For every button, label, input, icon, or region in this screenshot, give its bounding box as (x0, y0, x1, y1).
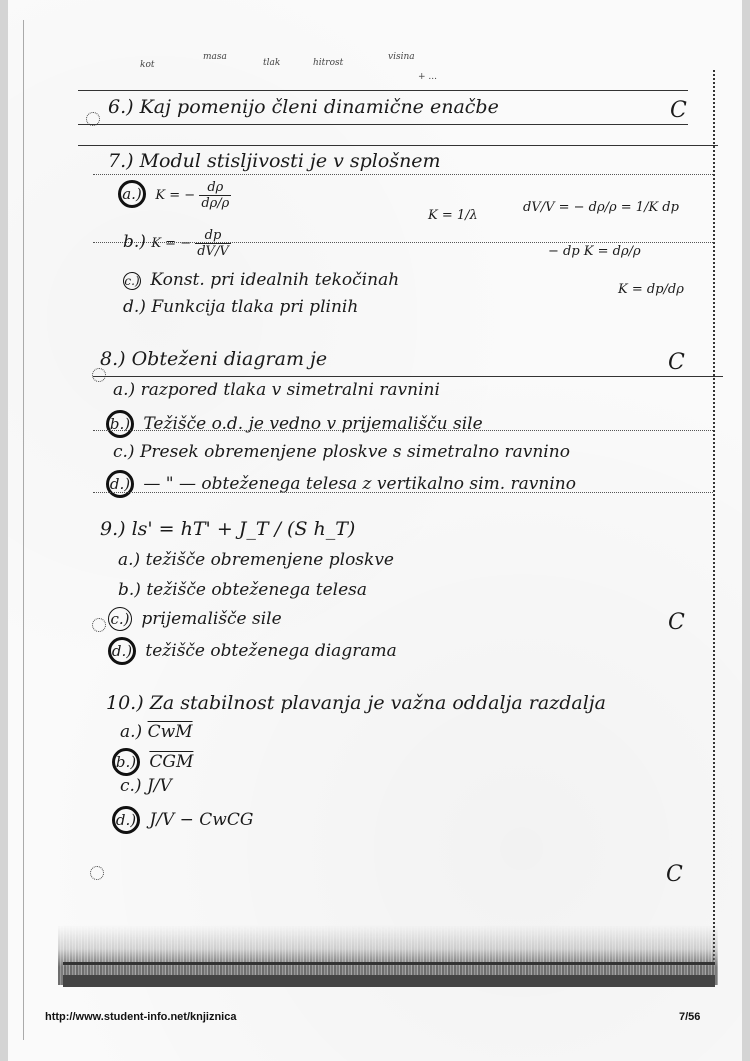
margin-line (713, 70, 715, 960)
question-text: Kaj pomenijo členi dinamične enačbe (140, 96, 499, 118)
stamp-mark (92, 368, 106, 382)
rule-line (93, 174, 713, 175)
side-note: − dp K = dρ/ρ (548, 244, 641, 259)
option-8a: a.) razpored tlaka v simetralni ravnini (113, 380, 440, 400)
option-7b: b.) K = − dpdV/V (123, 228, 231, 259)
option-7d: d.) Funkcija tlaka pri plinih (123, 297, 358, 317)
option-9c: c.) prijemališče sile (108, 607, 282, 631)
grade-mark: C (670, 98, 687, 123)
rule-line (78, 124, 688, 125)
annotation: visina (388, 52, 415, 62)
annotation: tlak (263, 58, 280, 68)
stamp-mark (92, 618, 106, 632)
side-note: dV/V = − dρ/ρ = 1/K dp (523, 200, 679, 215)
option-7c: c.) Konst. pri idealnih tekočinah (123, 270, 399, 290)
scanned-page: kot masa tlak hitrost visina + ... 6.) K… (8, 0, 742, 1061)
question-number: 7.) (108, 150, 134, 172)
option-10b: b.) CGM (112, 748, 193, 776)
question-8: 8.) Obteženi diagram je (100, 348, 327, 370)
option-8d: d.) — " — obteženega telesa z vertikalno… (106, 470, 576, 498)
grade-mark: C (668, 350, 685, 375)
rule-line (78, 90, 688, 91)
grade-mark: C (666, 862, 683, 887)
page-edge (23, 20, 24, 1040)
option-8b: b.) Težišče o.d. je vedno v prijemališču… (106, 410, 483, 438)
stamp-mark (90, 866, 104, 880)
scan-band (63, 975, 715, 987)
question-7: 7.) Modul stisljivosti je v splošnem (108, 150, 441, 172)
annotation: kot (140, 60, 155, 70)
option-10d: d.) J/V − CwCG (112, 806, 253, 834)
scan-band (63, 962, 715, 965)
side-note: K = 1/λ (428, 208, 478, 223)
option-8c: c.) Presek obremenjene ploskve s simetra… (113, 442, 570, 462)
page-number: 7/56 (679, 1011, 700, 1023)
side-note: K = dp/dρ (618, 282, 684, 297)
option-10c: c.) J/V (120, 776, 172, 796)
rule-line (93, 430, 713, 431)
rule-line (78, 145, 718, 146)
option-10a: a.) CwM (120, 722, 193, 742)
footer-url[interactable]: http://www.student-info.net/knjiznica (45, 1011, 236, 1023)
question-text: Modul stisljivosti je v splošnem (140, 150, 441, 172)
answer-circle: a.) (118, 180, 146, 208)
rule-line (93, 492, 713, 493)
option-9a: a.) težišče obremenjene ploskve (118, 550, 394, 570)
option-7a: a.) K = − dρdρ/ρ (118, 180, 231, 211)
grade-mark: C (668, 610, 685, 635)
option-9d: d.) težišče obteženega diagrama (108, 637, 397, 665)
rule-line (93, 376, 723, 377)
question-10: 10.) Za stabilnost plavanja je važna odd… (106, 692, 606, 714)
option-9b: b.) težišče obteženega telesa (118, 580, 367, 600)
question-number: 6.) (108, 96, 134, 118)
annotation: masa (203, 52, 227, 62)
question-9: 9.) ls' = hT' + J_T / (S h_T) (100, 518, 355, 540)
question-6: 6.) Kaj pomenijo členi dinamične enačbe (108, 96, 499, 118)
annotation: hitrost (313, 58, 343, 68)
rule-line (93, 242, 713, 243)
annotation: + ... (418, 72, 437, 82)
